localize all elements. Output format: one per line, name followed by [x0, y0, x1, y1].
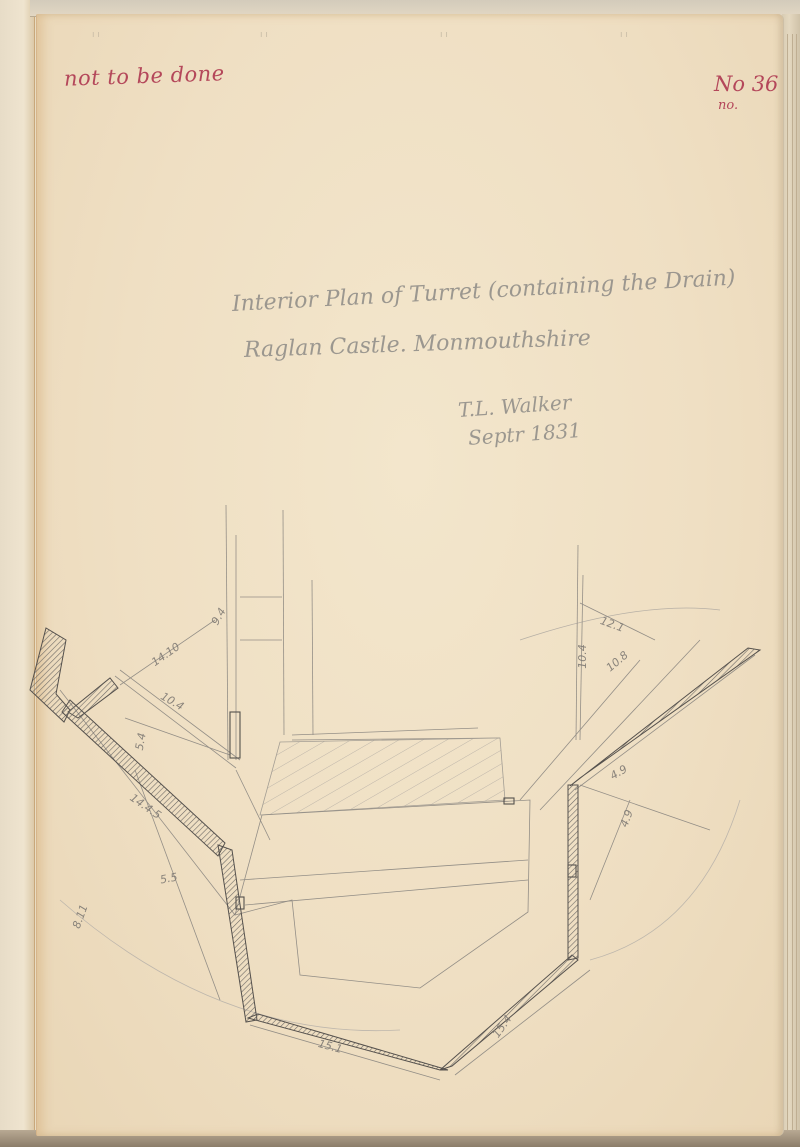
margin-tick: ı ı [440, 30, 448, 40]
margin-tick: ı ı [260, 30, 268, 40]
turret-plan-drawing [0, 0, 800, 1147]
dimension-label: 10.4 [576, 644, 589, 669]
folio-sub-mark: no. [718, 98, 738, 113]
margin-tick: ı ı [92, 30, 100, 40]
folio-number: No 36 [714, 72, 778, 96]
margin-tick: ı ı [620, 30, 628, 40]
